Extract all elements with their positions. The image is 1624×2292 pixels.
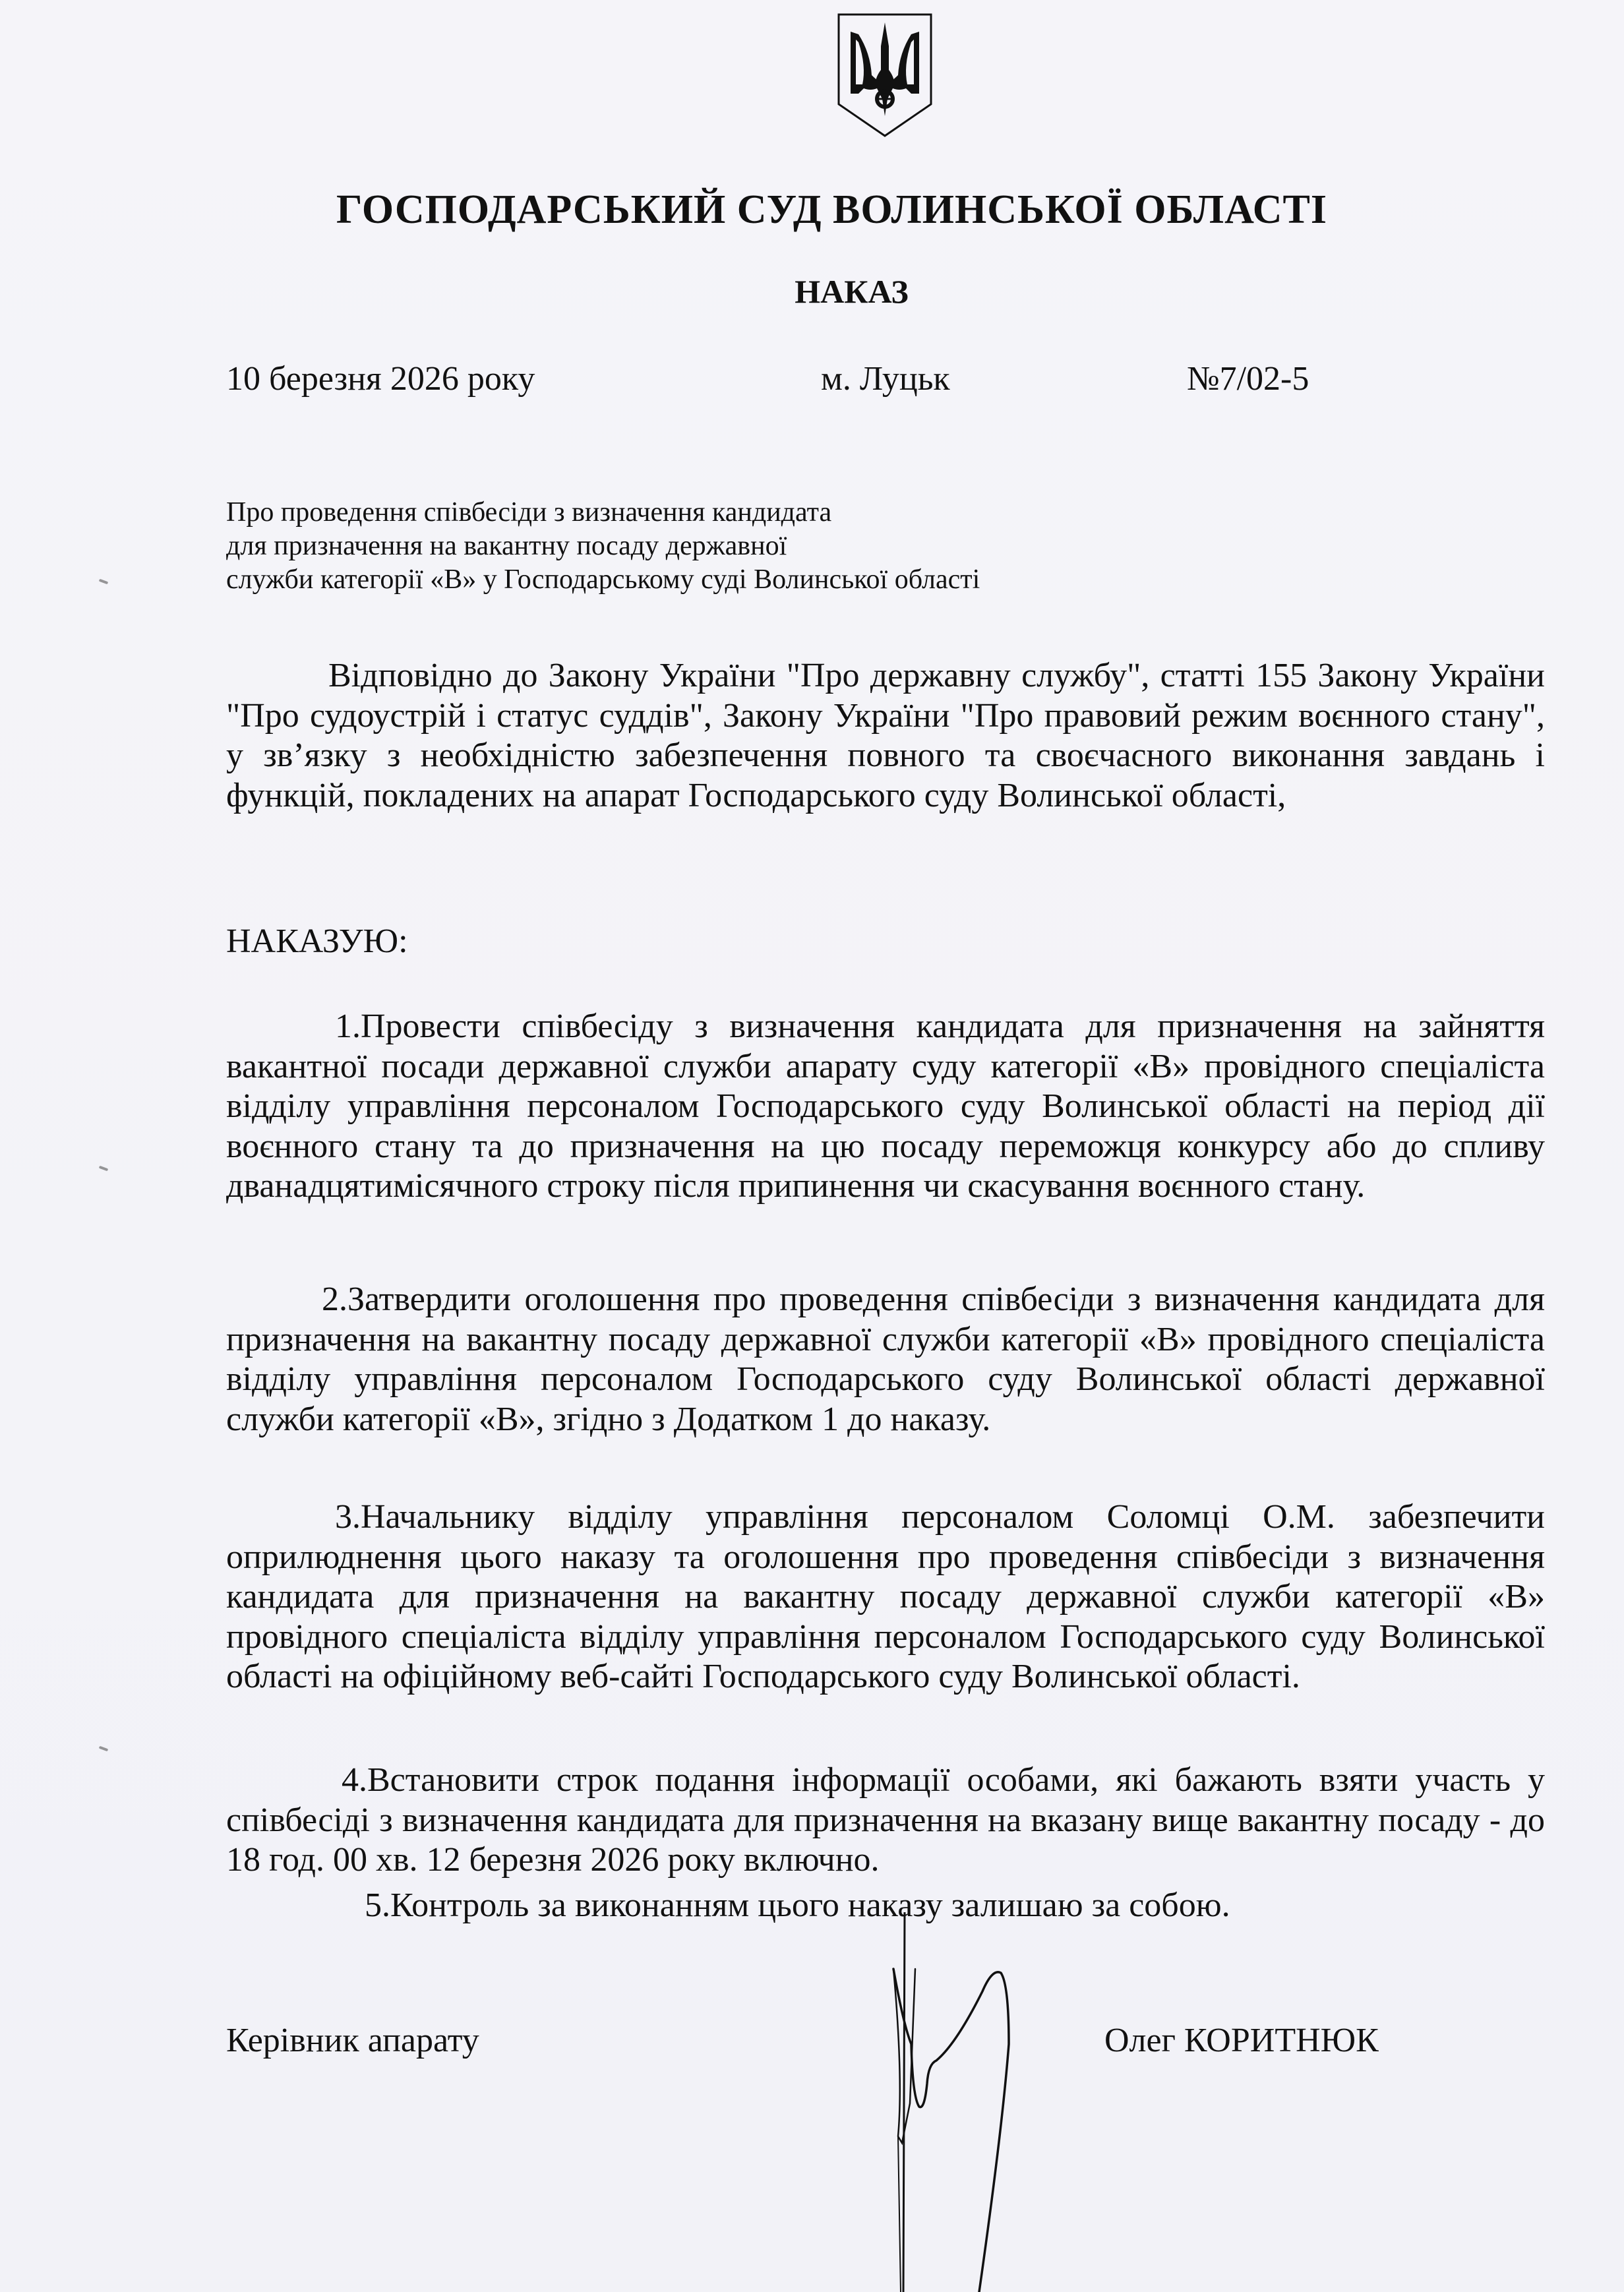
court-name-heading: ГОСПОДАРСЬКИЙ СУД ВОЛИНСЬКОЇ ОБЛАСТІ xyxy=(0,187,1624,233)
order-item-2: 2.Затвердити оголошення про проведення с… xyxy=(226,1280,1545,1439)
document-date: 10 березня 2026 року xyxy=(226,359,535,398)
scan-artifact xyxy=(99,1166,109,1172)
order-item-1: 1.Провести співбесіду з визначення канди… xyxy=(226,1007,1545,1207)
handwritten-signature-icon xyxy=(857,1912,1200,2292)
preamble-paragraph: Відповідно до Закону України "Про держав… xyxy=(226,656,1545,816)
document-city: м. Луцьк xyxy=(821,359,950,398)
document-type-heading: НАКАЗ xyxy=(0,272,1624,311)
subject-line: Про проведення співбесіди з визначення к… xyxy=(226,496,980,529)
order-item-3: 3.Начальнику відділу управління персонал… xyxy=(226,1497,1545,1697)
document-number: №7/02-5 xyxy=(1187,359,1309,398)
order-item-4: 4.Встановити строк подання інформації ос… xyxy=(226,1761,1545,1881)
order-word: НАКАЗУЮ: xyxy=(226,922,1545,962)
subject-line: служби категорії «В» у Господарському су… xyxy=(226,563,980,597)
scan-artifact xyxy=(99,579,109,585)
document-subject: Про проведення співбесіди з визначення к… xyxy=(226,496,980,597)
coat-of-arms-icon xyxy=(836,7,934,138)
scan-artifact xyxy=(99,1746,109,1752)
signatory-position: Керівник апарату xyxy=(226,2021,479,2060)
document-page: ГОСПОДАРСЬКИЙ СУД ВОЛИНСЬКОЇ ОБЛАСТІ НАК… xyxy=(0,0,1624,2292)
subject-line: для призначення на вакантну посаду держа… xyxy=(226,529,980,563)
